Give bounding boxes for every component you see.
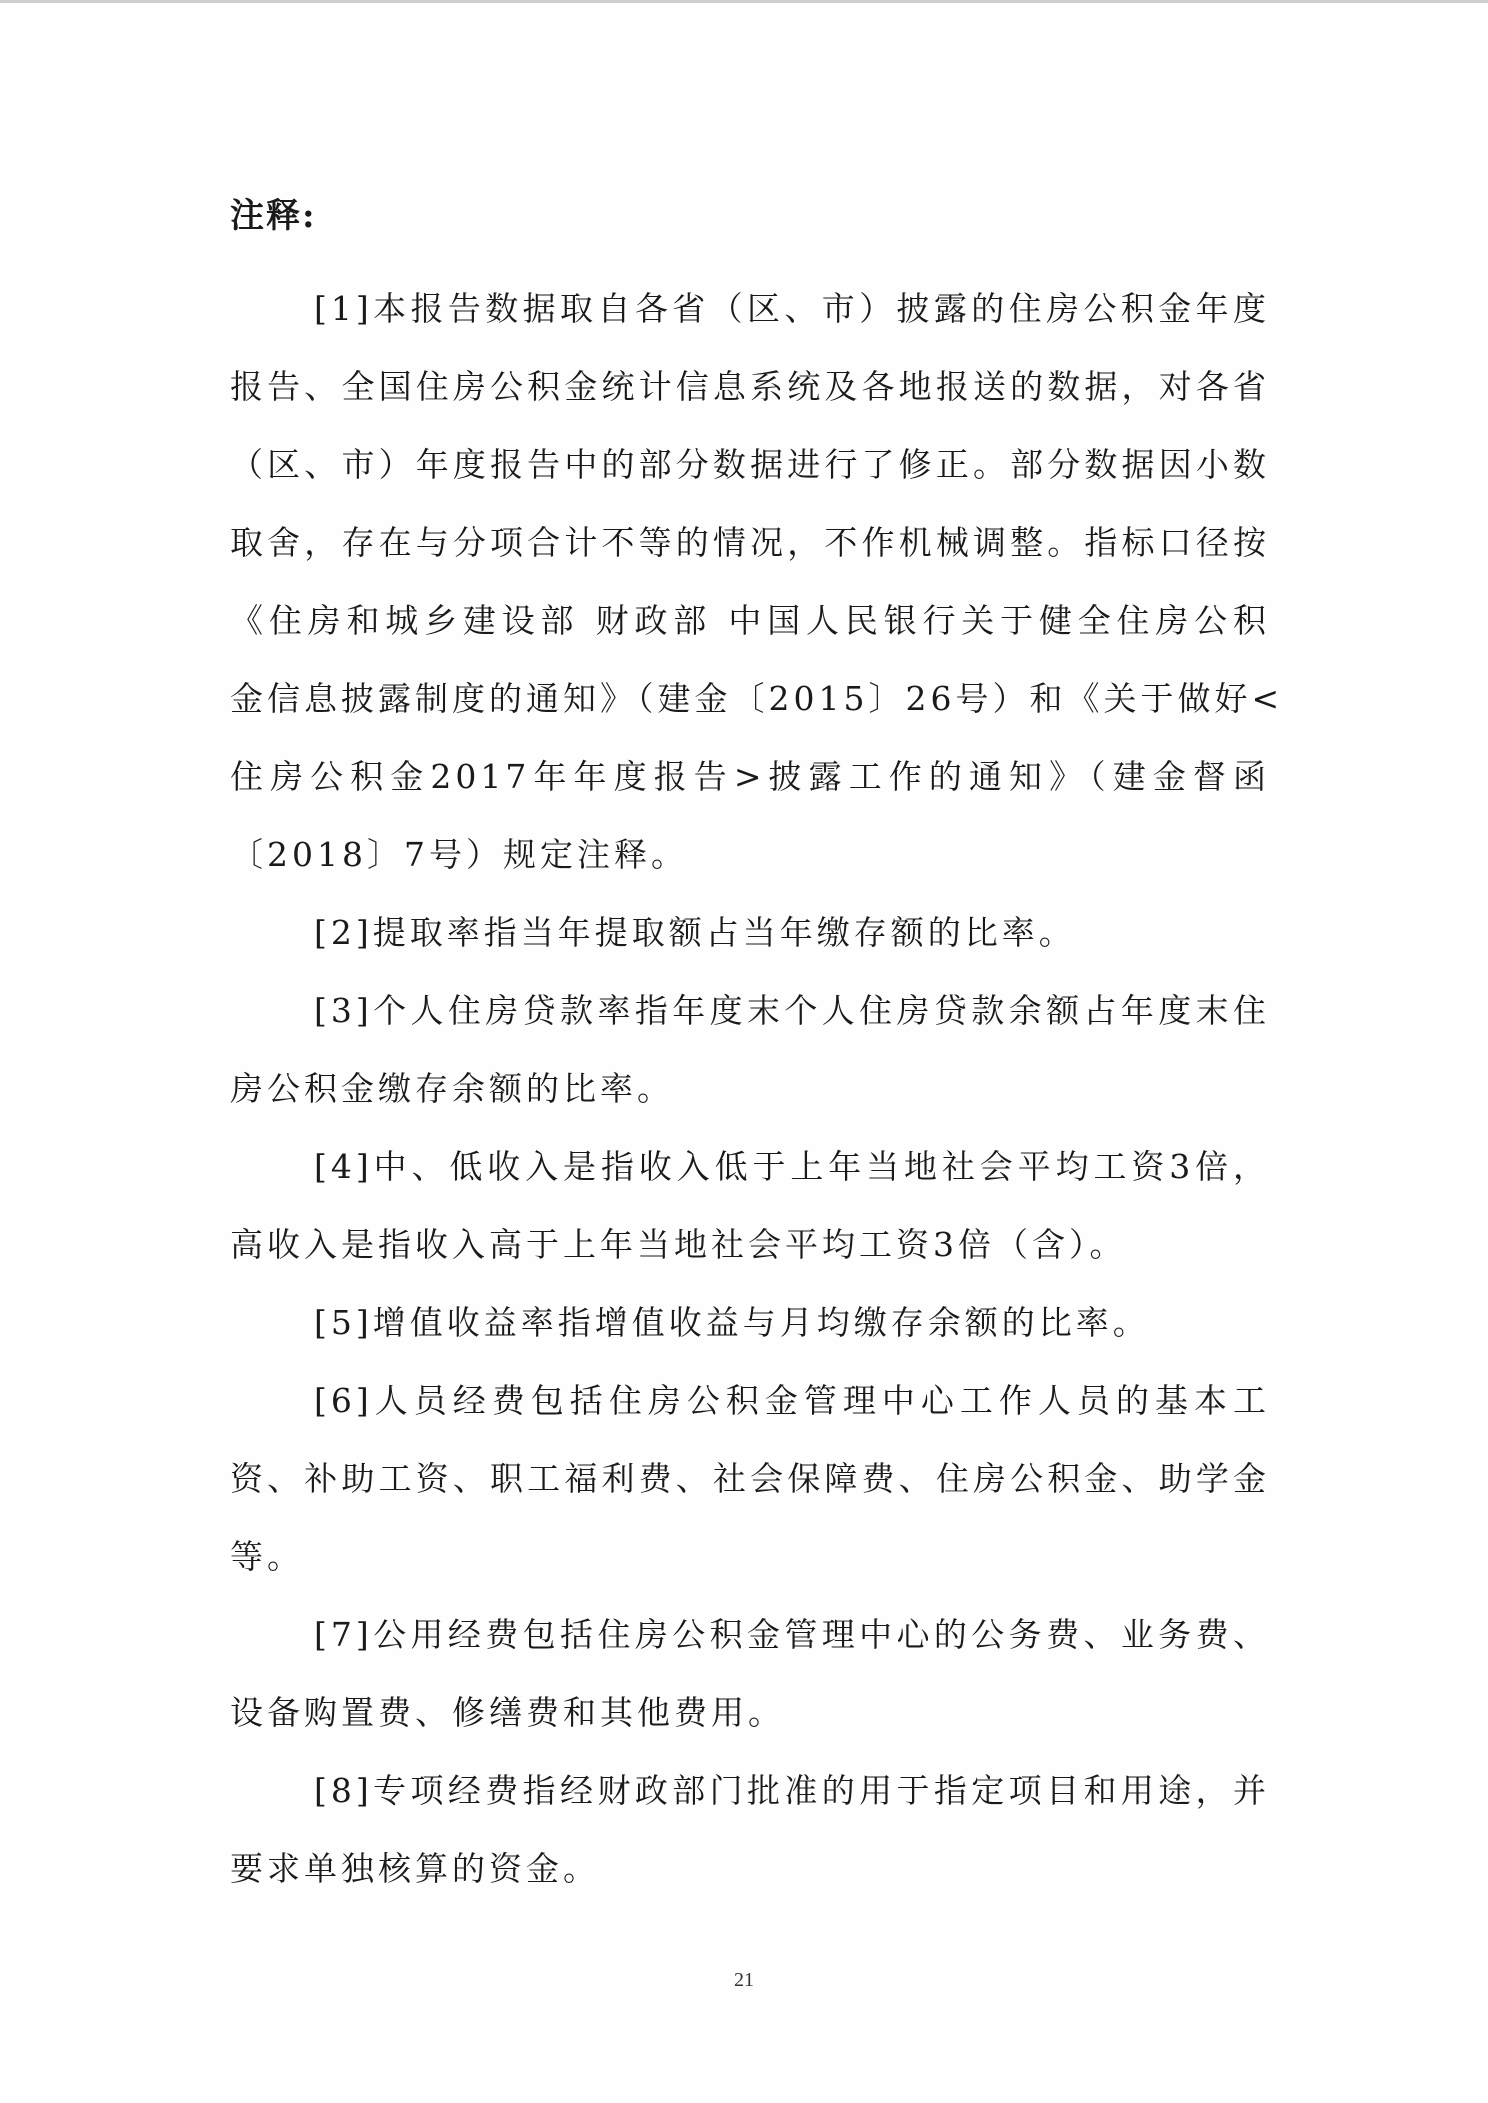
note-2-line-1: [2]提取率指当年提取额占当年缴存额的比率。 <box>230 894 1270 972</box>
note-6: [6]人员经费包括住房公积金管理中心工作人员的基本工 资、补助工资、职工福利费、… <box>230 1362 1270 1596</box>
scan-top-edge <box>0 0 1488 3</box>
note-6-line-1: [6]人员经费包括住房公积金管理中心工作人员的基本工 <box>230 1362 1270 1440</box>
note-8-line-1: [8]专项经费指经财政部门批准的用于指定项目和用途，并 <box>230 1752 1270 1830</box>
document-page: 注释: [1]本报告数据取自各省（区、市）披露的住房公积金年度 报告、全国住房公… <box>0 0 1488 2103</box>
note-4-line-2: 高收入是指收入高于上年当地社会平均工资3倍（含）。 <box>230 1206 1270 1284</box>
note-2: [2]提取率指当年提取额占当年缴存额的比率。 <box>230 894 1270 972</box>
note-3: [3]个人住房贷款率指年度末个人住房贷款余额占年度末住 房公积金缴存余额的比率。 <box>230 972 1270 1128</box>
note-3-line-2: 房公积金缴存余额的比率。 <box>230 1050 1270 1128</box>
note-6-line-3: 等。 <box>230 1518 1270 1596</box>
page-number: 21 <box>0 1968 1488 1992</box>
note-7-line-2: 设备购置费、修缮费和其他费用。 <box>230 1674 1270 1752</box>
note-7: [7]公用经费包括住房公积金管理中心的公务费、业务费、 设备购置费、修缮费和其他… <box>230 1596 1270 1752</box>
note-6-line-2: 资、补助工资、职工福利费、社会保障费、住房公积金、助学金 <box>230 1440 1270 1518</box>
notes-heading: 注释: <box>230 196 1270 236</box>
note-4-line-1: [4]中、低收入是指收入低于上年当地社会平均工资3倍， <box>230 1128 1270 1206</box>
note-1: [1]本报告数据取自各省（区、市）披露的住房公积金年度 报告、全国住房公积金统计… <box>230 270 1270 894</box>
note-8: [8]专项经费指经财政部门批准的用于指定项目和用途，并 要求单独核算的资金。 <box>230 1752 1270 1908</box>
notes-section: 注释: [1]本报告数据取自各省（区、市）披露的住房公积金年度 报告、全国住房公… <box>230 196 1270 1908</box>
note-1-line-2: 报告、全国住房公积金统计信息系统及各地报送的数据，对各省 <box>230 348 1270 426</box>
note-1-line-7: 住房公积金2017年年度报告>披露工作的通知》（建金督函 <box>230 738 1270 816</box>
note-1-line-8: 〔2018〕7号）规定注释。 <box>230 816 1270 894</box>
note-1-line-6: 金信息披露制度的通知》（建金〔2015〕26号）和《关于做好< <box>230 660 1270 738</box>
note-1-line-1: [1]本报告数据取自各省（区、市）披露的住房公积金年度 <box>230 270 1270 348</box>
note-5-line-1: [5]增值收益率指增值收益与月均缴存余额的比率。 <box>230 1284 1270 1362</box>
note-8-line-2: 要求单独核算的资金。 <box>230 1830 1270 1908</box>
note-5: [5]增值收益率指增值收益与月均缴存余额的比率。 <box>230 1284 1270 1362</box>
note-7-line-1: [7]公用经费包括住房公积金管理中心的公务费、业务费、 <box>230 1596 1270 1674</box>
note-1-line-3: （区、市）年度报告中的部分数据进行了修正。部分数据因小数 <box>230 426 1270 504</box>
note-3-line-1: [3]个人住房贷款率指年度末个人住房贷款余额占年度末住 <box>230 972 1270 1050</box>
note-4: [4]中、低收入是指收入低于上年当地社会平均工资3倍， 高收入是指收入高于上年当… <box>230 1128 1270 1284</box>
note-1-line-5: 《住房和城乡建设部 财政部 中国人民银行关于健全住房公积 <box>230 582 1270 660</box>
note-1-line-4: 取舍，存在与分项合计不等的情况，不作机械调整。指标口径按 <box>230 504 1270 582</box>
